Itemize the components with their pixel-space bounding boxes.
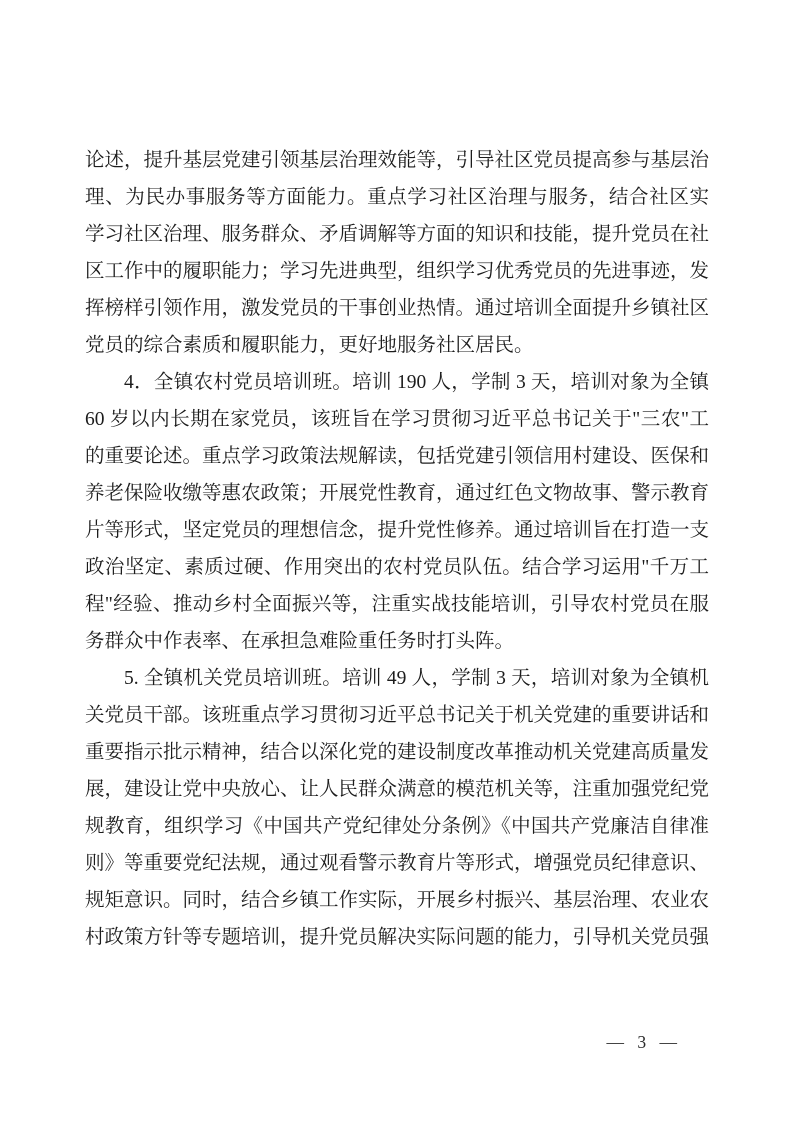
body-text: 论述，提升基层党建引领基层治理效能等，引导社区党员提高参与基层治 理、为民办事服… xyxy=(85,142,709,956)
text-line: 5. 全镇机关党员培训班。培训 49 人，学制 3 天，培训对象为全镇机 xyxy=(85,660,709,697)
text-line: 党员的综合素质和履职能力，更好地服务社区居民。 xyxy=(85,327,709,364)
text-line: 程"经验、推动乡村全面振兴等，注重实战技能培训，引导农村党员在服 xyxy=(85,586,709,623)
text-line: 则》等重要党纪法规，通过观看警示教育片等形式，增强党员纪律意识、 xyxy=(85,845,709,882)
text-line: 片等形式，坚定党员的理想信念，提升党性修养。通过培训旨在打造一支 xyxy=(85,512,709,549)
document-page: 论述，提升基层党建引领基层治理效能等，引导社区党员提高参与基层治 理、为民办事服… xyxy=(0,0,793,1122)
paragraph-rural-party-training: 4．全镇农村党员培训班。培训 190 人，学制 3 天，培训对象为全镇 60 岁… xyxy=(85,364,709,660)
text-line: 挥榜样引领作用，激发党员的干事创业热情。通过培训全面提升乡镇社区 xyxy=(85,290,709,327)
paragraph-agency-party-training: 5. 全镇机关党员培训班。培训 49 人，学制 3 天，培训对象为全镇机 关党员… xyxy=(85,660,709,956)
paragraph-community-training: 论述，提升基层党建引领基层治理效能等，引导社区党员提高参与基层治 理、为民办事服… xyxy=(85,142,709,364)
text-line: 政治坚定、素质过硬、作用突出的农村党员队伍。结合学习运用"千万工 xyxy=(85,549,709,586)
text-line: 村政策方针等专题培训，提升党员解决实际问题的能力，引导机关党员强 xyxy=(85,919,709,956)
text-line: 展，建设让党中央放心、让人民群众满意的模范机关等，注重加强党纪党 xyxy=(85,771,709,808)
text-line: 4．全镇农村党员培训班。培训 190 人，学制 3 天，培训对象为全镇 xyxy=(85,364,709,401)
text-line: 学习社区治理、服务群众、矛盾调解等方面的知识和技能，提升党员在社 xyxy=(85,216,709,253)
text-line: 规矩意识。同时，结合乡镇工作实际，开展乡村振兴、基层治理、农业农 xyxy=(85,882,709,919)
text-line: 论述，提升基层党建引领基层治理效能等，引导社区党员提高参与基层治 xyxy=(85,142,709,179)
text-line: 重要指示批示精神，结合以深化党的建设制度改革推动机关党建高质量发 xyxy=(85,734,709,771)
page-number: — 3 — xyxy=(607,1030,678,1054)
text-line: 理、为民办事服务等方面能力。重点学习社区治理与服务，结合社区实际， xyxy=(85,179,709,216)
text-line: 60 岁以内长期在家党员，该班旨在学习贯彻习近平总书记关于"三农"工作 xyxy=(85,401,709,438)
text-line: 养老保险收缴等惠农政策；开展党性教育，通过红色文物故事、警示教育 xyxy=(85,475,709,512)
text-line: 务群众中作表率、在承担急难险重任务时打头阵。 xyxy=(85,623,709,660)
text-line: 关党员干部。该班重点学习贯彻习近平总书记关于机关党建的重要讲话和 xyxy=(85,697,709,734)
text-line: 区工作中的履职能力；学习先进典型，组织学习优秀党员的先进事迹，发 xyxy=(85,253,709,290)
text-line: 规教育，组织学习《中国共产党纪律处分条例》《中国共产党廉洁自律准 xyxy=(85,808,709,845)
text-line: 的重要论述。重点学习政策法规解读，包括党建引领信用村建设、医保和 xyxy=(85,438,709,475)
